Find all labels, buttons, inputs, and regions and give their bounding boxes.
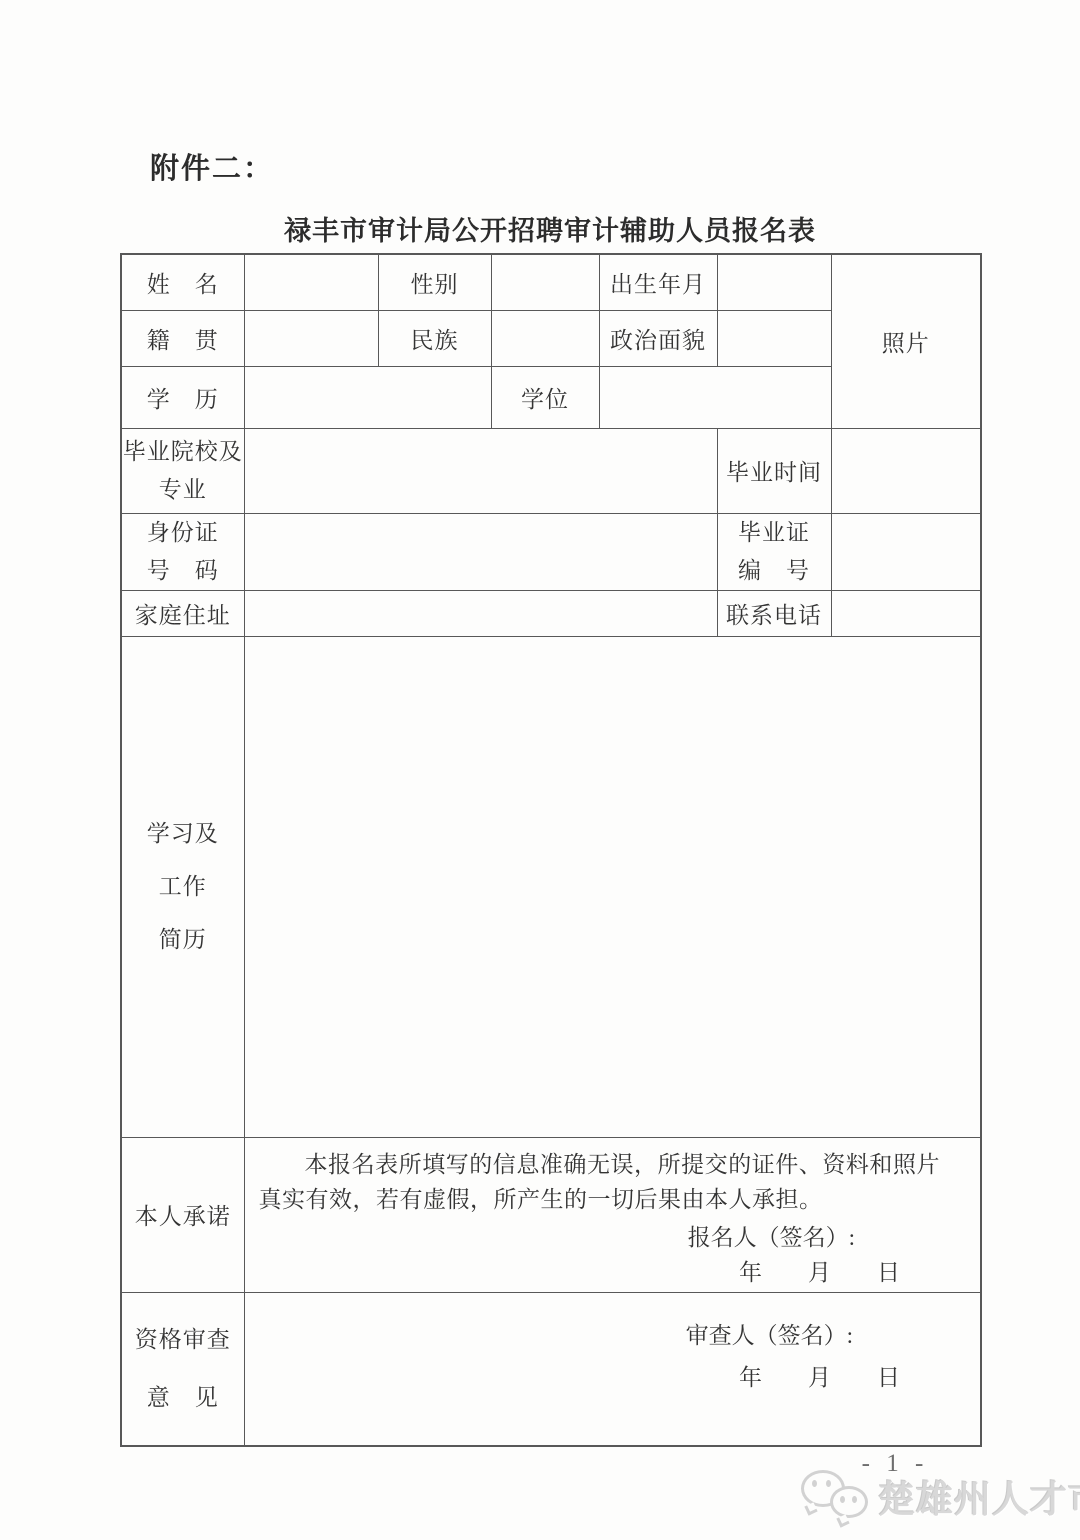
watermark-text: 楚雄州人才市场 [878,1469,1080,1523]
home-address-value-cell [244,590,717,636]
resume-label: 学习及 工作 简历 [121,636,244,1137]
ethnicity-label: 民族 [378,310,491,366]
reviewer-signature-label: 审查人（签名）: [245,1315,981,1357]
commitment-label: 本人承诺 [121,1137,244,1292]
review-content-cell: 审查人（签名）: 年 月 日 [244,1292,981,1446]
name-value-cell [244,254,378,310]
commitment-statement: 本报名表所填写的信息准确无误，所提交的证件、资料和照片真实有效，若有虚假，所产生… [245,1147,981,1217]
review-opinion-label: 资格审查 意 见 [121,1292,244,1446]
birth-date-label: 出生年月 [599,254,717,310]
name-label: 姓 名 [121,254,244,310]
political-status-value-cell [717,310,831,366]
education-value-cell [244,366,491,428]
degree-value-cell [599,366,831,428]
education-label: 学 历 [121,366,244,428]
applicant-date-label: 年 月 日 [245,1255,981,1290]
diploma-number-label: 毕业证 编 号 [717,513,831,590]
resume-value-cell [244,636,981,1137]
diploma-number-value-cell [831,513,981,590]
ethnicity-value-cell [491,310,599,366]
applicant-signature-label: 报名人（签名）: [245,1220,981,1255]
table-row: 学习及 工作 简历 [121,636,981,1137]
gender-label: 性别 [378,254,491,310]
photo-cell: 照片 [831,254,981,428]
phone-label: 联系电话 [717,590,831,636]
political-status-label: 政治面貌 [599,310,717,366]
attachment-label: 附件二： [150,146,274,187]
table-row: 毕业院校及 专业 毕业时间 [121,428,981,513]
table-row: 姓 名 性别 出生年月 照片 [121,254,981,310]
commitment-content-cell: 本报名表所填写的信息准确无误，所提交的证件、资料和照片真实有效，若有虚假，所产生… [244,1137,981,1292]
scanned-form-page: 附件二： 禄丰市审计局公开招聘审计辅助人员报名表 姓 名 性别 出生年月 照片 … [0,0,1080,1540]
gender-value-cell [491,254,599,310]
graduation-time-value-cell [831,428,981,513]
reviewer-date-label: 年 月 日 [245,1357,981,1399]
school-major-value-cell [244,428,717,513]
native-place-value-cell [244,310,378,366]
school-major-label: 毕业院校及 专业 [121,428,244,513]
chat-bubbles-icon [798,1464,878,1528]
watermark: 楚雄州人才市场 [798,1464,1080,1528]
id-number-label: 身份证 号 码 [121,513,244,590]
degree-label: 学位 [491,366,599,428]
home-address-label: 家庭住址 [121,590,244,636]
table-row: 身份证 号 码 毕业证 编 号 [121,513,981,590]
table-row: 本人承诺 本报名表所填写的信息准确无误，所提交的证件、资料和照片真实有效，若有虚… [121,1137,981,1292]
phone-value-cell [831,590,981,636]
form-title: 禄丰市审计局公开招聘审计辅助人员报名表 [120,209,980,248]
birth-date-value-cell [717,254,831,310]
graduation-time-label: 毕业时间 [717,428,831,513]
id-number-value-cell [244,513,717,590]
table-row: 家庭住址 联系电话 [121,590,981,636]
application-form-table: 姓 名 性别 出生年月 照片 籍 贯 民族 政治面貌 学 历 学位 毕业院校及 … [120,253,982,1447]
native-place-label: 籍 贯 [121,310,244,366]
table-row: 资格审查 意 见 审查人（签名）: 年 月 日 [121,1292,981,1446]
